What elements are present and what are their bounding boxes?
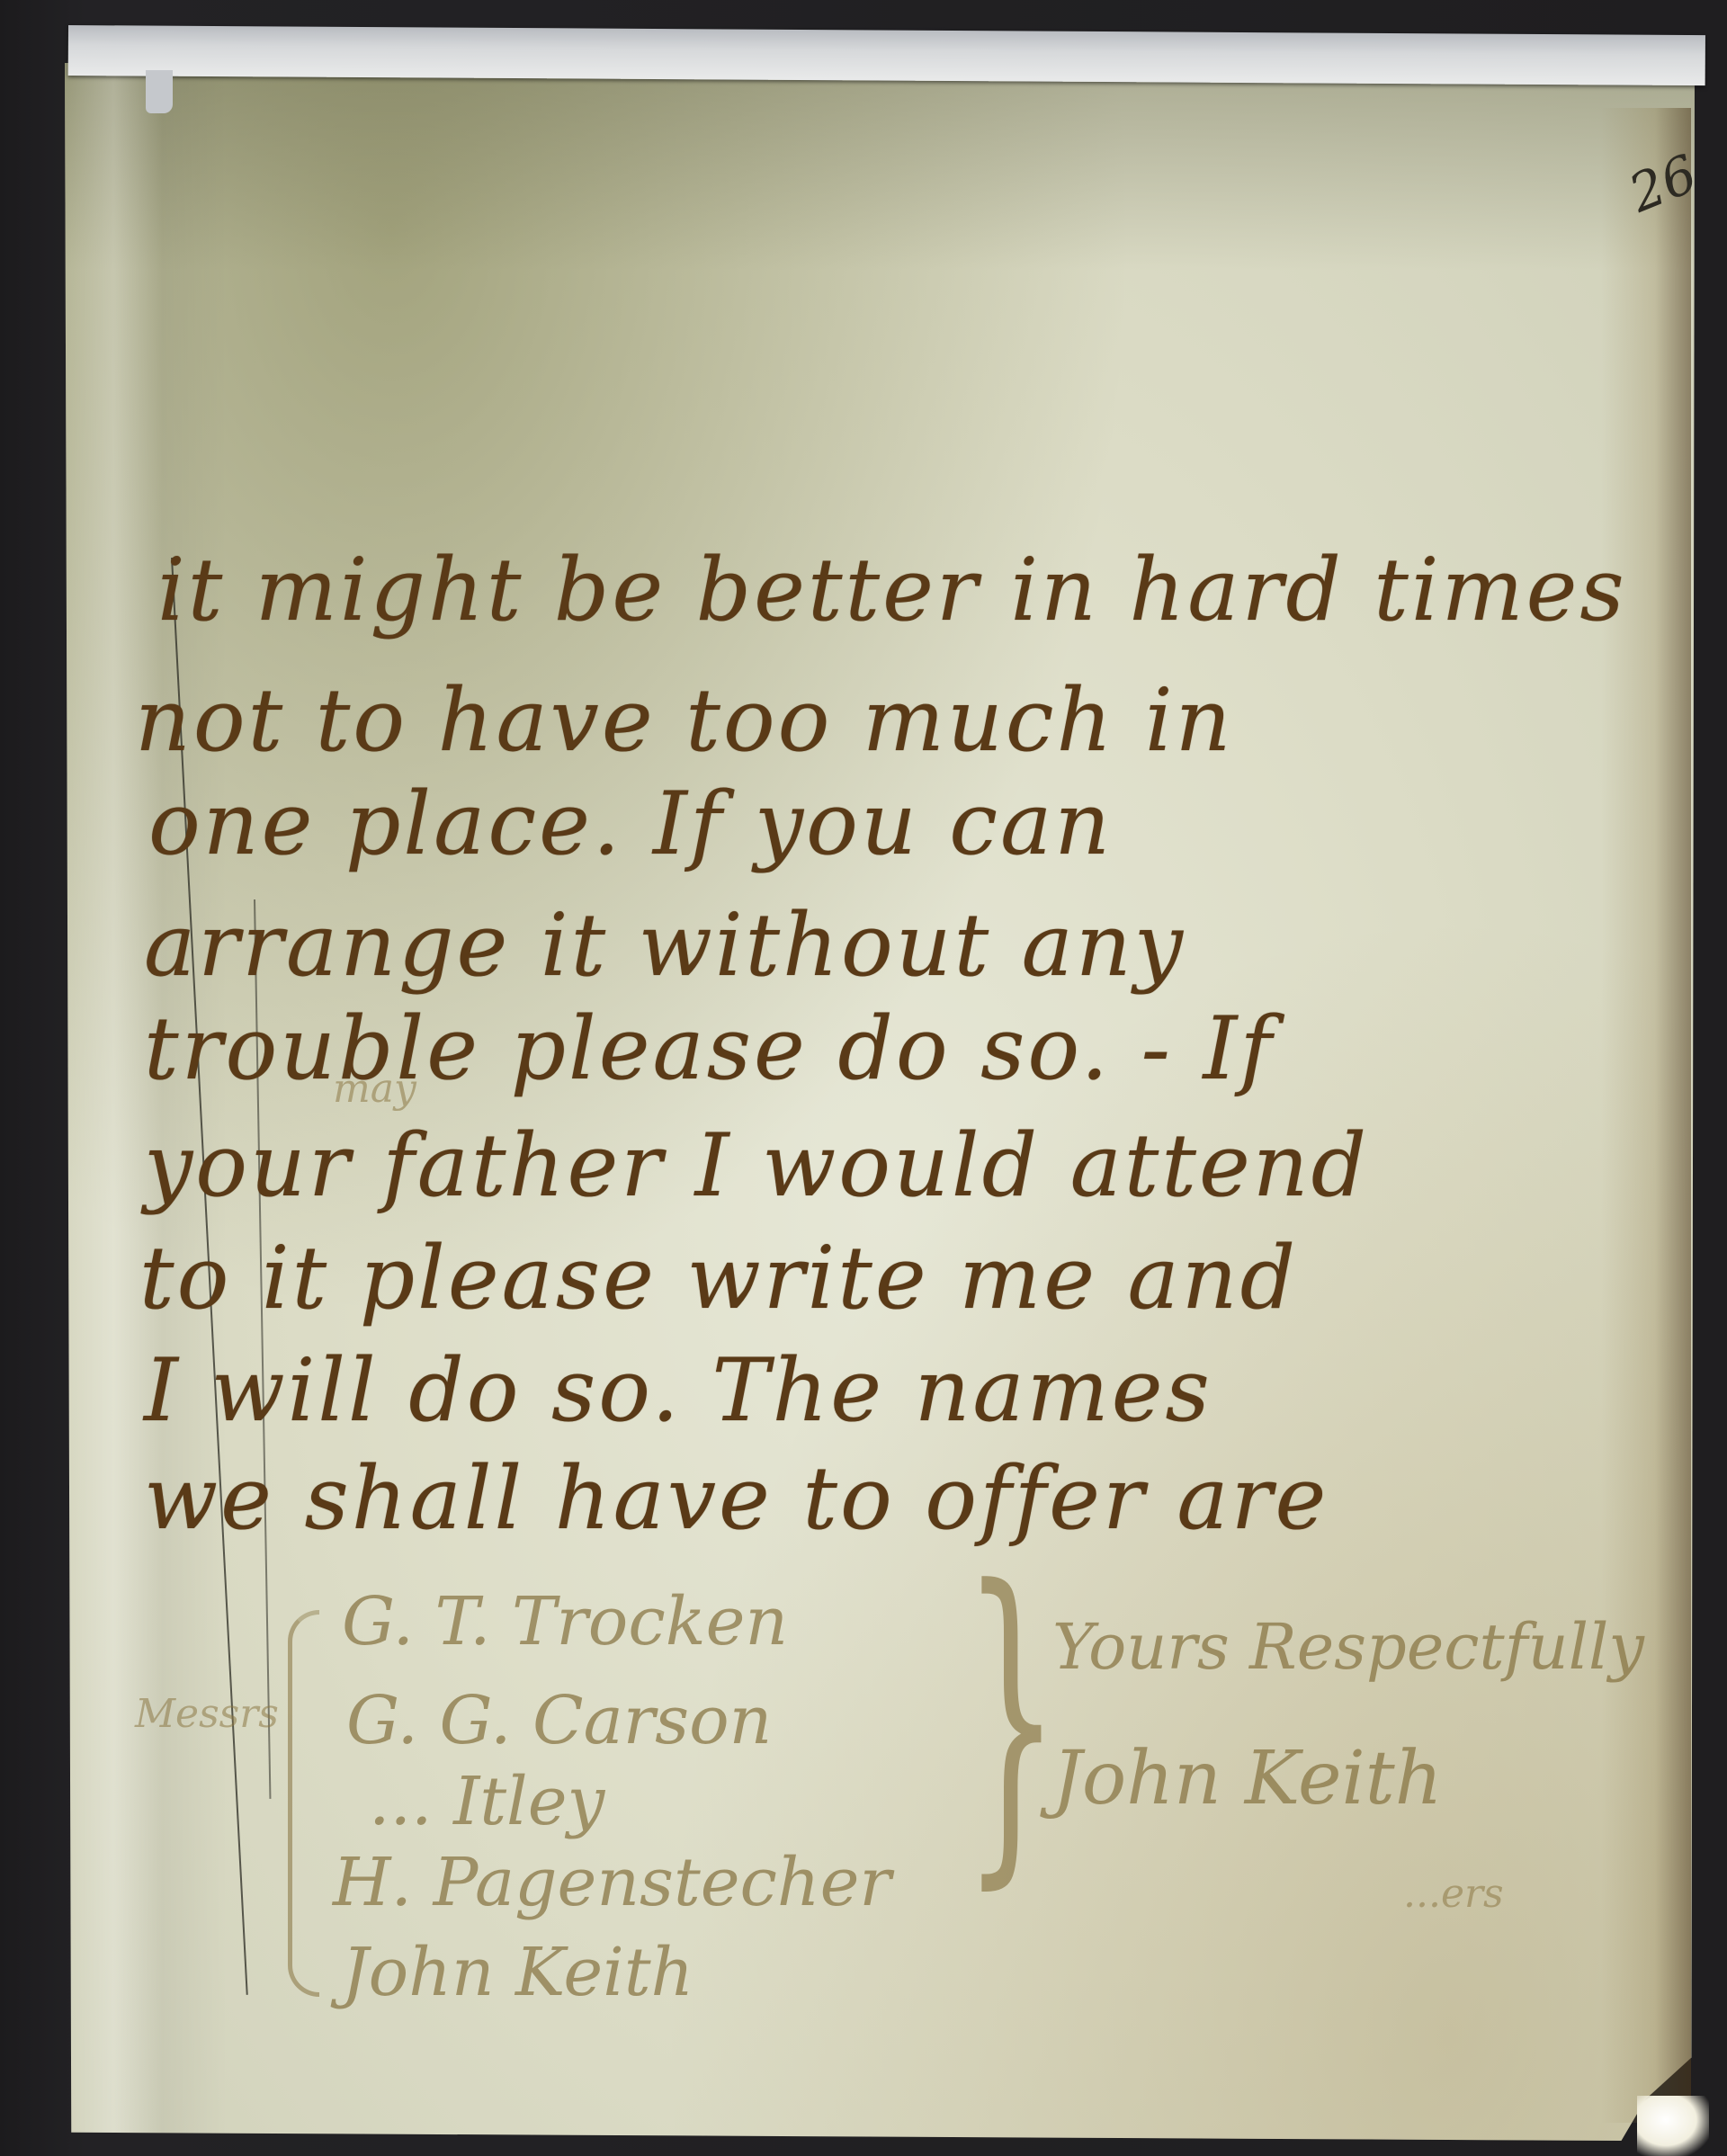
body-line: to it please write me and — [139, 1228, 1298, 1328]
names-brace: } — [962, 1547, 1060, 1889]
name-entry: G. T. Trocken — [342, 1583, 788, 1660]
page-right-fold-shadow — [1601, 108, 1691, 2123]
signature: John Keith — [1052, 1736, 1443, 1821]
body-line: not to have too much in — [135, 670, 1233, 771]
body-line: it might be better in hard times — [157, 540, 1627, 640]
body-line: trouble please do so. - If — [144, 998, 1275, 1099]
name-entry: G. G. Carson — [346, 1682, 772, 1759]
body-line: one place. If you can — [148, 774, 1113, 874]
body-line: we shall have to offer are — [144, 1448, 1329, 1549]
names-bracket — [288, 1610, 319, 1997]
margin-fragment: Messrs — [135, 1691, 279, 1737]
signature-fragment: ...ers — [1403, 1871, 1504, 1917]
closing-text: Yours Respectfully — [1052, 1610, 1644, 1684]
strip-tab — [146, 70, 173, 113]
body-line: your father I would attend — [144, 1115, 1369, 1216]
protective-paper-strip — [68, 25, 1705, 85]
name-entry: H. Pagenstecher — [333, 1844, 891, 1921]
name-entry: John Keith — [342, 1934, 693, 2011]
body-line: arrange it without any — [144, 895, 1186, 996]
name-entry: ... Itley — [369, 1763, 604, 1840]
interlinear-note: may — [333, 1066, 416, 1112]
page-corner-curl — [1637, 2096, 1709, 2156]
body-line: I will do so. The names — [144, 1340, 1212, 1441]
scan-background: 26 it might be better in hard times not … — [0, 0, 1727, 2156]
